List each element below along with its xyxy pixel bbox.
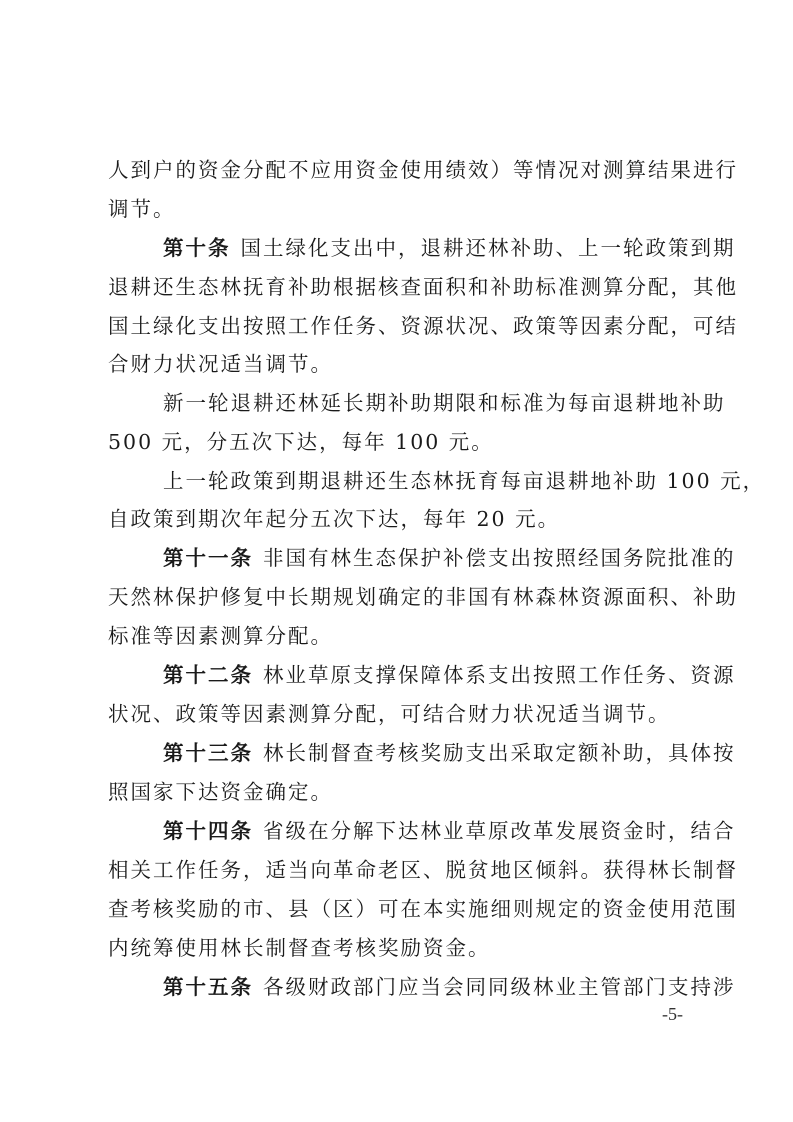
line-text: 照国家下达资金确定。 <box>108 775 692 805</box>
text-line: 内统筹使用林长制督查考核奖励资金。 <box>108 931 692 961</box>
line-text: 自政策到期次年起分五次下达，每年 20 元。 <box>108 502 692 532</box>
article-11-heading-line: 第十一条 非国有林生态保护补偿支出按照经国务院批准的 <box>163 541 692 571</box>
article-number: 第十一条 <box>163 541 253 571</box>
line-text: 国土绿化支出按照工作任务、资源状况、政策等因素分配，可结 <box>108 309 738 339</box>
text-line: 相关工作任务，适当向革命老区、脱贫地区倾斜。获得林长制督 <box>108 853 692 883</box>
article-number: 第十条 <box>163 231 231 261</box>
article-13-heading-line: 第十三条 林长制督查考核奖励支出采取定额补助，具体按 <box>163 736 692 766</box>
line-text: 人到户的资金分配不应用资金使用绩效）等情况对测算结果进行 <box>108 153 738 183</box>
line-text: 调节。 <box>108 192 692 222</box>
line-text: 上一轮政策到期退耕还生态林抚育每亩退耕地补助 100 元， <box>163 464 765 494</box>
text-line: 天然林保护修复中长期规划确定的非国有林森林资源面积、补助 <box>108 580 692 610</box>
article-number: 第十四条 <box>163 814 253 844</box>
line-text: 状况、政策等因素测算分配，可结合财力状况适当调节。 <box>108 697 692 727</box>
text-line: 自政策到期次年起分五次下达，每年 20 元。 <box>108 502 692 532</box>
text-line: 状况、政策等因素测算分配，可结合财力状况适当调节。 <box>108 697 692 727</box>
text-line: 上一轮政策到期退耕还生态林抚育每亩退耕地补助 100 元， <box>163 464 692 494</box>
line-text: 林长制督查考核奖励支出采取定额补助，具体按 <box>263 736 736 766</box>
line-text: 退耕还生态林抚育补助根据核查面积和补助标准测算分配，其他 <box>108 270 738 300</box>
article-15-heading-line: 第十五条 各级财政部门应当会同同级林业主管部门支持涉 <box>163 970 692 1000</box>
article-12-heading-line: 第十二条 林业草原支撑保障体系支出按照工作任务、资源 <box>163 658 692 688</box>
article-14-heading-line: 第十四条 省级在分解下达林业草原改革发展资金时，结合 <box>163 814 692 844</box>
line-text: 林业草原支撑保障体系支出按照工作任务、资源 <box>263 658 736 688</box>
line-text: 天然林保护修复中长期规划确定的非国有林森林资源面积、补助 <box>108 580 738 610</box>
text-line: 人到户的资金分配不应用资金使用绩效）等情况对测算结果进行 <box>108 153 692 183</box>
article-number: 第十五条 <box>163 970 253 1000</box>
line-text: 标准等因素测算分配。 <box>108 619 692 649</box>
line-text: 合财力状况适当调节。 <box>108 347 692 377</box>
line-text: 国土绿化支出中，退耕还林补助、上一轮政策到期 <box>241 231 736 261</box>
text-line: 查考核奖励的市、县（区）可在本实施细则规定的资金使用范围 <box>108 892 692 922</box>
article-number: 第十二条 <box>163 658 253 688</box>
page-number: -5- <box>662 1004 683 1025</box>
text-line: 退耕还生态林抚育补助根据核查面积和补助标准测算分配，其他 <box>108 270 692 300</box>
line-text: 非国有林生态保护补偿支出按照经国务院批准的 <box>263 541 736 571</box>
line-text: 各级财政部门应当会同同级林业主管部门支持涉 <box>263 970 736 1000</box>
line-text: 内统筹使用林长制督查考核奖励资金。 <box>108 931 692 961</box>
text-line: 国土绿化支出按照工作任务、资源状况、政策等因素分配，可结 <box>108 309 692 339</box>
text-line: 标准等因素测算分配。 <box>108 619 692 649</box>
text-line: 500 元，分五次下达，每年 100 元。 <box>108 425 692 455</box>
line-text: 新一轮退耕还林延长期补助期限和标准为每亩退耕地补助 <box>163 386 726 416</box>
text-line: 照国家下达资金确定。 <box>108 775 692 805</box>
text-line: 合财力状况适当调节。 <box>108 347 692 377</box>
line-text: 相关工作任务，适当向革命老区、脱贫地区倾斜。获得林长制督 <box>108 853 738 883</box>
text-line: 新一轮退耕还林延长期补助期限和标准为每亩退耕地补助 <box>163 386 692 416</box>
line-text: 查考核奖励的市、县（区）可在本实施细则规定的资金使用范围 <box>108 892 738 922</box>
article-10-heading-line: 第十条 国土绿化支出中，退耕还林补助、上一轮政策到期 <box>163 231 692 261</box>
line-text: 省级在分解下达林业草原改革发展资金时，结合 <box>263 814 736 844</box>
article-number: 第十三条 <box>163 736 253 766</box>
text-line: 调节。 <box>108 192 692 222</box>
line-text: 500 元，分五次下达，每年 100 元。 <box>108 425 692 455</box>
